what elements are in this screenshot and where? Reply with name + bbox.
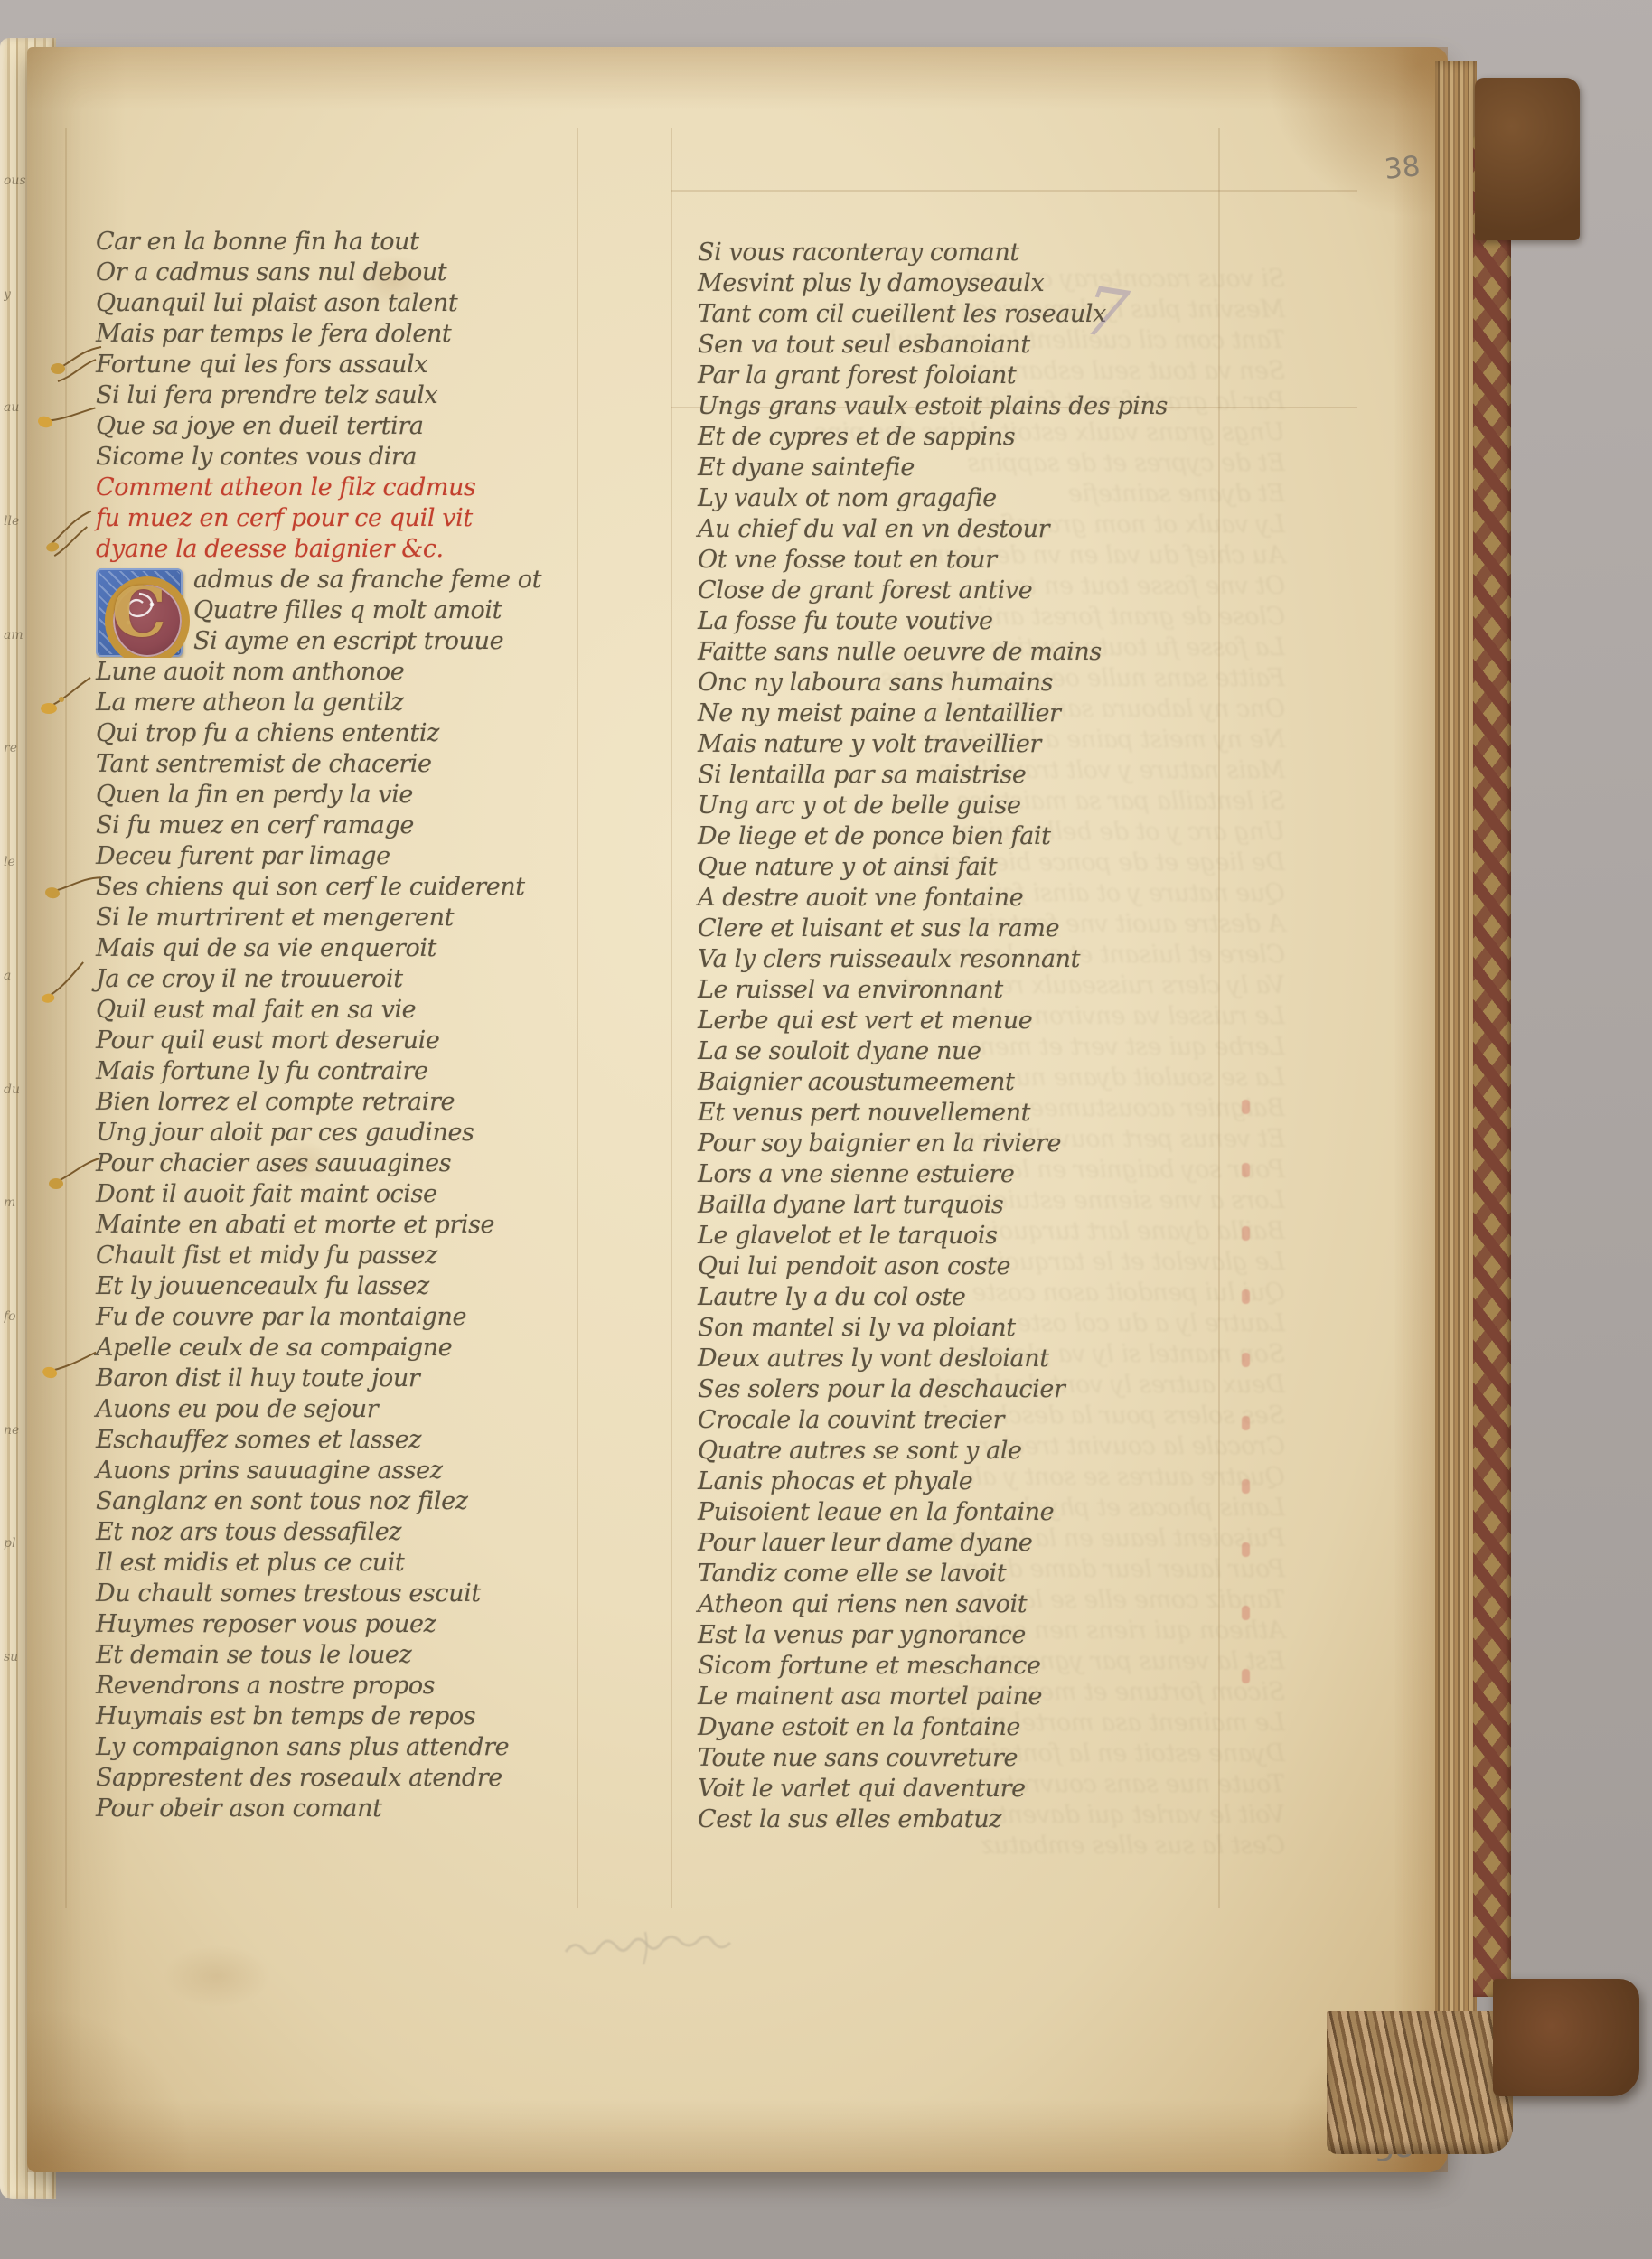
- manuscript-line: Est la venus par ygnorance: [698, 1621, 1285, 1652]
- manuscript-line: Lors a vne sienne estuiere: [698, 1160, 1285, 1191]
- manuscript-line: Dont il auoit fait maint ocise: [96, 1180, 647, 1211]
- illuminated-initial: C: [96, 568, 183, 657]
- manuscript-line: Mainte en abati et morte et prise: [96, 1211, 647, 1242]
- manuscript-line: Eschauffez somes et lassez: [96, 1426, 647, 1457]
- manuscript-line: Ses solers pour la deschaucier: [698, 1375, 1285, 1406]
- manuscript-line: Pour soy baignier en la riviere: [698, 1129, 1285, 1160]
- edge-shade: [27, 47, 1448, 110]
- manuscript-line: Fortune qui les fors assaulx: [96, 351, 647, 381]
- manuscript-line: Mesvint plus ly damoyseaulx: [698, 269, 1285, 300]
- manuscript-line: Atheon qui riens nen savoit: [698, 1590, 1285, 1621]
- ruling-line: [671, 128, 672, 1908]
- manuscript-line: Ne ny meist paine a lentaillier: [698, 699, 1285, 730]
- manuscript-line: Mais par temps le fera dolent: [96, 320, 647, 351]
- manuscript-line: Close de grant forest antive: [698, 576, 1285, 607]
- manuscript-line: Le glavelot et le tarquois: [698, 1222, 1285, 1252]
- manuscript-line: Mais fortune ly fu contraire: [96, 1057, 647, 1088]
- manuscript-line: Et de cypres et de sappins: [698, 423, 1285, 454]
- manuscript-line: Fu de couvre par la montaigne: [96, 1303, 647, 1334]
- manuscript-line: Car en la bonne fin ha tout: [96, 228, 647, 258]
- manuscript-line: Cest la sus elles embatuz: [698, 1805, 1285, 1836]
- manuscript-line: Son mantel si ly va ploiant: [698, 1314, 1285, 1345]
- manuscript-line: Qui trop fu a chiens ententiz: [96, 719, 647, 750]
- manuscript-line: Lautre ly a du col oste: [698, 1283, 1285, 1314]
- manuscript-line: Huymais est bn temps de repos: [96, 1702, 647, 1733]
- manuscript-line: Sapprestent des roseaulx atendre: [96, 1764, 647, 1795]
- manuscript-line: Sen va tout seul esbanoiant: [698, 331, 1285, 361]
- manuscript-line: Ly compaignon sans plus attendre: [96, 1733, 647, 1764]
- manuscript-line: Par la grant forest foloiant: [698, 361, 1285, 392]
- manuscript-photo: ousyaulleamreleadumfoneplsu Si vous raco…: [0, 0, 1652, 2259]
- manuscript-line: Faitte sans nulle oeuvre de mains: [698, 638, 1285, 669]
- manuscript-line: Mais nature y volt traveillier: [698, 730, 1285, 761]
- manuscript-line: Revendrons a nostre propos: [96, 1672, 647, 1702]
- manuscript-line: Si lui fera prendre telz saulx: [96, 381, 647, 412]
- leather-cover-bottom-corner: [1493, 1979, 1639, 2096]
- manuscript-line: Ungs grans vaulx estoit plains des pins: [698, 392, 1285, 423]
- manuscript-line: Le ruissel va environnant: [698, 976, 1285, 1007]
- manuscript-line: Le mainent asa mortel paine: [698, 1683, 1285, 1713]
- manuscript-page: Si vous raconteray comantMesvint plus ly…: [27, 47, 1448, 2172]
- manuscript-line: Dyane estoit en la fontaine: [698, 1713, 1285, 1744]
- manuscript-line: Pour chacier ases sauuagines: [96, 1149, 647, 1180]
- manuscript-line: Quanquil lui plaist ason talent: [96, 289, 647, 320]
- manuscript-line: Auons prins sauuagine assez: [96, 1457, 647, 1487]
- initial-letter: C: [103, 574, 175, 651]
- manuscript-line: Clere et luisant et sus la rame: [698, 914, 1285, 945]
- manuscript-line: Ly vaulx ot nom gragafie: [698, 484, 1285, 515]
- verse-block: Car en la bonne fin ha toutOr a cadmus s…: [96, 228, 647, 473]
- show-through-specks: [1242, 1100, 1250, 1683]
- manuscript-line: A destre auoit vne fontaine: [698, 884, 1285, 914]
- manuscript-line: Va ly clers ruisseaulx resonnant: [698, 945, 1285, 976]
- manuscript-line: Apelle ceulx de sa compaigne: [96, 1334, 647, 1364]
- text-column-right: Si vous raconteray comantMesvint plus ly…: [698, 239, 1285, 1836]
- manuscript-line: Baignier acoustumeement: [698, 1068, 1285, 1099]
- manuscript-line: Bailla dyane lart turquois: [698, 1191, 1285, 1222]
- manuscript-line: Deux autres ly vont desloiant: [698, 1345, 1285, 1375]
- fore-edge-pages: [1435, 61, 1477, 2111]
- manuscript-line: La se souloit dyane nue: [698, 1037, 1285, 1068]
- manuscript-line: Qui lui pendoit ason coste: [698, 1252, 1285, 1283]
- manuscript-line: La mere atheon la gentilz: [96, 689, 647, 719]
- manuscript-line: Ung jour aloit par ces gaudines: [96, 1119, 647, 1149]
- folio-number-top: 38: [1383, 150, 1422, 186]
- manuscript-line: Auons eu pou de sejour: [96, 1395, 647, 1426]
- manuscript-line: Et ly jouuenceaulx fu lassez: [96, 1272, 647, 1303]
- manuscript-line: Sicome ly contes vous dira: [96, 443, 647, 473]
- parchment-stain: [163, 1945, 271, 2008]
- manuscript-line: Pour quil eust mort deseruie: [96, 1026, 647, 1057]
- rubric-line: fu muez en cerf pour ce quil vit: [96, 504, 647, 535]
- manuscript-line: Onc ny laboura sans humains: [698, 669, 1285, 699]
- manuscript-line: Baron dist il huy toute jour: [96, 1364, 647, 1395]
- manuscript-line: Et dyane saintefie: [698, 454, 1285, 484]
- leather-cover-edge: [1473, 136, 1511, 1997]
- manuscript-line: Sanglanz en sont tous noz filez: [96, 1487, 647, 1518]
- manuscript-line: Il est midis et plus ce cuit: [96, 1549, 647, 1579]
- manuscript-line: De liege et de ponce bien fait: [698, 822, 1285, 853]
- manuscript-line: Pour obeir ason comant: [96, 1795, 647, 1825]
- manuscript-line: Tant com cil cueillent les roseaulx: [698, 300, 1285, 331]
- manuscript-line: Ja ce croy il ne trouueroit: [96, 965, 647, 996]
- manuscript-line: Tandiz come elle se lavoit: [698, 1560, 1285, 1590]
- manuscript-line: Du chault somes trestous escuit: [96, 1579, 647, 1610]
- manuscript-line: Tant sentremist de chacerie: [96, 750, 647, 781]
- manuscript-line: Huymes reposer vous pouez: [96, 1610, 647, 1641]
- manuscript-line: Si fu muez en cerf ramage: [96, 811, 647, 842]
- offset-ink-smudge: [558, 1919, 739, 1977]
- manuscript-line: Lerbe qui est vert et menue: [698, 1007, 1285, 1037]
- edge-shade: [27, 2100, 1448, 2172]
- leather-cover-top-corner: [1475, 78, 1580, 240]
- ruling-line: [671, 190, 1357, 192]
- manuscript-line: Pour lauer leur dame dyane: [698, 1529, 1285, 1560]
- manuscript-line: Ot vne fosse tout en tour: [698, 546, 1285, 576]
- manuscript-line: Quen la fin en perdy la vie: [96, 781, 647, 811]
- manuscript-line: Ses chiens qui son cerf le cuiderent: [96, 873, 647, 904]
- text-column-left: Car en la bonne fin ha toutOr a cadmus s…: [96, 228, 647, 1825]
- manuscript-line: Que sa joye en dueil tertira: [96, 412, 647, 443]
- manuscript-line: Puisoient leaue en la fontaine: [698, 1498, 1285, 1529]
- manuscript-line: La fosse fu toute voutive: [698, 607, 1285, 638]
- manuscript-line: Voit le varlet qui daventure: [698, 1775, 1285, 1805]
- manuscript-line: Mais qui de sa vie enqueroit: [96, 934, 647, 965]
- manuscript-line: Si le murtrirent et mengerent: [96, 904, 647, 934]
- manuscript-line: Bien lorrez el compte retraire: [96, 1088, 647, 1119]
- manuscript-line: Chault fist et midy fu passez: [96, 1242, 647, 1272]
- manuscript-line: Sicom fortune et meschance: [698, 1652, 1285, 1683]
- manuscript-line: Si vous raconteray comant: [698, 239, 1285, 269]
- verse-block: Lune auoit nom anthonoeLa mere atheon la…: [96, 658, 647, 1825]
- manuscript-line: Et venus pert nouvellement: [698, 1099, 1285, 1129]
- manuscript-line: Que nature y ot ainsi fait: [698, 853, 1285, 884]
- manuscript-line: Crocale la couvint trecier: [698, 1406, 1285, 1437]
- manuscript-line: Et noz ars tous dessafilez: [96, 1518, 647, 1549]
- manuscript-line: Quil eust mal fait en sa vie: [96, 996, 647, 1026]
- manuscript-line: Toute nue sans couvreture: [698, 1744, 1285, 1775]
- manuscript-line: Deceu furent par limage: [96, 842, 647, 873]
- initial-section: C admus de sa franche feme otQuatre fill…: [96, 566, 647, 658]
- manuscript-line: Quatre autres se sont y ale: [698, 1437, 1285, 1467]
- manuscript-line: Lune auoit nom anthonoe: [96, 658, 647, 689]
- rubric-line: Comment atheon le filz cadmus: [96, 473, 647, 504]
- rubric-line: dyane la deesse baignier &c.: [96, 535, 647, 566]
- manuscript-line: Au chief du val en vn destour: [698, 515, 1285, 546]
- manuscript-line: Et demain se tous le louez: [96, 1641, 647, 1672]
- manuscript-line: Or a cadmus sans nul debout: [96, 258, 647, 289]
- manuscript-line: Lanis phocas et phyale: [698, 1467, 1285, 1498]
- manuscript-line: Si lentailla par sa maistrise: [698, 761, 1285, 792]
- fore-edge-bottom-fan: [1327, 2011, 1513, 2154]
- manuscript-line: Ung arc y ot de belle guise: [698, 792, 1285, 822]
- rubric-block: Comment atheon le filz cadmusfu muez en …: [96, 473, 647, 566]
